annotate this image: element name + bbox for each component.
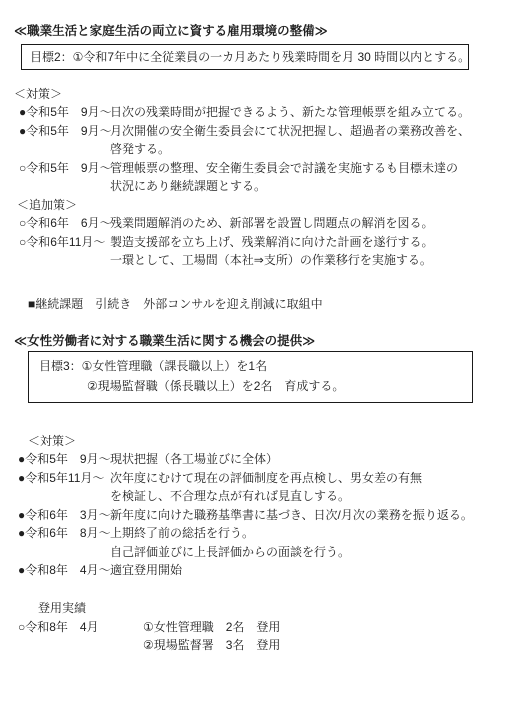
section2-goal-line2: ②現場監督職（係長職以上）を2名 育成する。 bbox=[87, 376, 344, 396]
measure-text: 次年度にむけて現在の評価制度を再点検し、男女差の有無 bbox=[110, 469, 422, 487]
measure-date: ●令和6年 8月～ bbox=[18, 524, 111, 542]
measure-row-continuation: を検証し、不合理な点が有れば見直しする。 bbox=[0, 487, 524, 505]
section2-measures-label: ＜対策＞ bbox=[0, 432, 524, 450]
section1-goal-box: 目標2：①令和7年中に全従業員の一カ月あたり残業時間を月 30 時間以内とする。 bbox=[21, 44, 469, 70]
section2-goal-box: 目標3：①女性管理職（課長職以上）を1名 ②現場監督職（係長職以上）を2名 育成… bbox=[28, 351, 473, 403]
measure-date: ●令和5年11月～ bbox=[18, 469, 104, 487]
section1-measures-label: ＜対策＞ bbox=[0, 85, 524, 103]
measure-text: 月次開催の安全衛生委員会にて状況把握し、超過者の業務改善を、 bbox=[110, 122, 470, 140]
measure-date: ●令和6年 3月～ bbox=[18, 506, 111, 524]
measure-row: ○令和5年 9月～ 管理帳票の整理、安全衛生委員会で討議を実施するも目標未達の bbox=[0, 159, 524, 177]
measure-row: ○令和6年 6月～ 残業問題解消のため、新部署を設置し問題点の解消を図る。 bbox=[0, 214, 524, 232]
measure-text: 日次の残業時間が把握できるよう、新たな管理帳票を組み立てる。 bbox=[110, 103, 470, 121]
measure-text: 上期終了前の総括を行う。 bbox=[110, 524, 254, 542]
section2-goal-line1: 目標3：①女性管理職（課長職以上）を1名 bbox=[39, 356, 267, 376]
measure-text: 自己評価並びに上長評価からの面談を行う。 bbox=[110, 543, 350, 561]
measure-date: ●令和5年 9月～ bbox=[18, 450, 111, 468]
measure-text: 管理帳票の整理、安全衛生委員会で討議を実施するも目標未達の bbox=[110, 159, 458, 177]
measure-text: 新年度に向けた職務基準書に基づき、日次/月次の業務を振り返る。 bbox=[110, 506, 473, 524]
measure-row-continuation: 一環として、工場間（本社⇒支所）の作業移行を実施する。 bbox=[0, 251, 524, 269]
measure-text: 啓発する。 bbox=[110, 140, 170, 158]
measure-date: ○令和6年11月～ bbox=[19, 233, 105, 251]
section1-heading: ≪職業生活と家庭生活の両立に資する雇用環境の整備≫ bbox=[0, 22, 524, 40]
measure-text: を検証し、不合理な点が有れば見直しする。 bbox=[110, 487, 350, 505]
measure-row: ●令和8年 4月～ 適宜登用開始 bbox=[0, 561, 524, 579]
measure-row: ●令和5年 9月～ 現状把握（各工場並びに全体） bbox=[0, 450, 524, 468]
measure-text: 現状把握（各工場並びに全体） bbox=[110, 450, 278, 468]
measure-date: ●令和5年 9月～ bbox=[19, 103, 112, 121]
measure-text: 状況にあり継続課題とする。 bbox=[110, 177, 266, 195]
section2-results-label: 登用実績 bbox=[0, 599, 524, 617]
measure-row: ○令和6年11月～ 製造支援部を立ち上げ、残業解消に向けた計画を遂行する。 bbox=[0, 233, 524, 251]
result-row: ○令和8年 4月 ①女性管理職 2名 登用 bbox=[0, 618, 524, 636]
measure-row: ●令和5年11月～ 次年度にむけて現在の評価制度を再点検し、男女差の有無 bbox=[0, 469, 524, 487]
result-text: ②現場監督署 3名 登用 bbox=[143, 636, 280, 654]
measure-date: ○令和6年 6月～ bbox=[19, 214, 112, 232]
measure-row-continuation: 自己評価並びに上長評価からの面談を行う。 bbox=[0, 543, 524, 561]
section2-heading: ≪女性労働者に対する職業生活に関する機会の提供≫ bbox=[0, 332, 524, 350]
section1-ongoing-note: ■継続課題 引続き 外部コンサルを迎え削減に取組中 bbox=[0, 295, 524, 313]
measure-text: 残業問題解消のため、新部署を設置し問題点の解消を図る。 bbox=[110, 214, 434, 232]
measure-text: 一環として、工場間（本社⇒支所）の作業移行を実施する。 bbox=[110, 251, 432, 269]
measure-row: ●令和5年 9月～ 月次開催の安全衛生委員会にて状況把握し、超過者の業務改善を、 bbox=[0, 122, 524, 140]
result-date: ○令和8年 4月 bbox=[18, 618, 99, 636]
measure-row: ●令和6年 8月～ 上期終了前の総括を行う。 bbox=[0, 524, 524, 542]
document-page: ≪職業生活と家庭生活の両立に資する雇用環境の整備≫ 目標2：①令和7年中に全従業… bbox=[0, 0, 524, 703]
measure-date: ○令和5年 9月～ bbox=[19, 159, 112, 177]
measure-row-continuation: 啓発する。 bbox=[0, 140, 524, 158]
measure-date: ●令和8年 4月～ bbox=[18, 561, 111, 579]
measure-row: ●令和6年 3月～ 新年度に向けた職務基準書に基づき、日次/月次の業務を振り返る… bbox=[0, 506, 524, 524]
measure-row: ●令和5年 9月～ 日次の残業時間が把握できるよう、新たな管理帳票を組み立てる。 bbox=[0, 103, 524, 121]
measure-text: 製造支援部を立ち上げ、残業解消に向けた計画を遂行する。 bbox=[110, 233, 434, 251]
measure-date: ●令和5年 9月～ bbox=[19, 122, 112, 140]
measure-text: 適宜登用開始 bbox=[110, 561, 182, 579]
result-row-continuation: ②現場監督署 3名 登用 bbox=[0, 636, 524, 654]
section1-additional-label: ＜追加策＞ bbox=[0, 196, 524, 214]
section1-goal-text: 目標2：①令和7年中に全従業員の一カ月あたり残業時間を月 30 時間以内とする。 bbox=[30, 47, 470, 67]
result-text: ①女性管理職 2名 登用 bbox=[143, 618, 280, 636]
measure-row-continuation: 状況にあり継続課題とする。 bbox=[0, 177, 524, 195]
